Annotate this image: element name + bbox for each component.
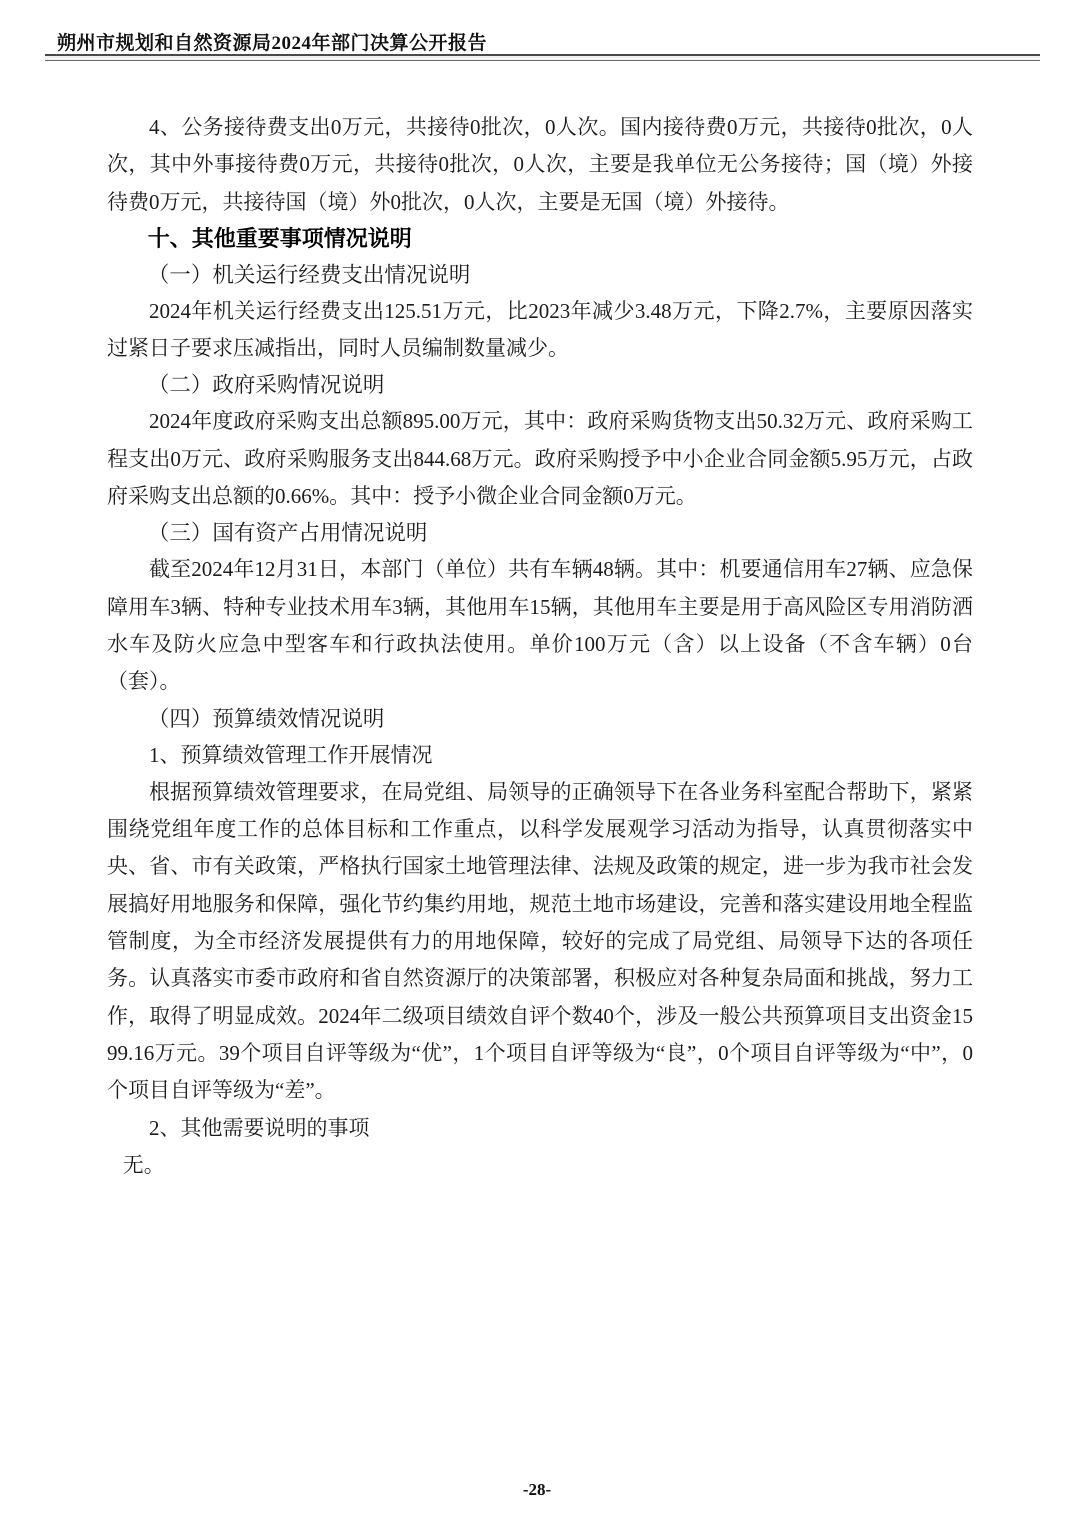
header-divider-rule [45,54,1040,61]
section-heading-other-important-matters: 十、其他重要事项情况说明 [107,221,973,257]
page-number: -28- [0,1480,1074,1500]
paragraph-state-assets: 截至2024年12月31日，本部门（单位）共有车辆48辆。其中：机要通信用车27… [107,551,973,700]
paragraph-official-reception: 4、公务接待费支出0万元，共接待0批次，0人次。国内接待费0万元，共接待0批次，… [107,109,973,221]
paragraph-other-matters-title: 2、其他需要说明的事项 [107,1110,973,1147]
document-body: 4、公务接待费支出0万元，共接待0批次，0人次。国内接待费0万元，共接待0批次，… [107,109,973,1184]
report-header-title: 朔州市规划和自然资源局2024年部门决算公开报告 [57,28,487,55]
paragraph-operating-expenses: 2024年机关运行经费支出125.51万元，比2023年减少3.48万元，下降2… [107,293,973,368]
document-page: { "document": { "header": { "title": "朔州… [0,0,1074,1520]
paragraph-performance-work-title: 1、预算绩效管理工作开展情况 [107,737,973,774]
subsection-heading-budget-performance: （四）预算绩效情况说明 [107,701,973,737]
paragraph-none: 无。 [107,1147,973,1184]
subsection-heading-state-assets: （三）国有资产占用情况说明 [107,515,973,551]
paragraph-performance-work-detail: 根据预算绩效管理要求，在局党组、局领导的正确领导下在各业务科室配合帮助下，紧紧围… [107,774,973,1110]
subsection-heading-operating-expenses: （一）机关运行经费支出情况说明 [107,257,973,293]
subsection-heading-government-procurement: （二）政府采购情况说明 [107,367,973,403]
paragraph-government-procurement: 2024年度政府采购支出总额895.00万元，其中：政府采购货物支出50.32万… [107,403,973,515]
